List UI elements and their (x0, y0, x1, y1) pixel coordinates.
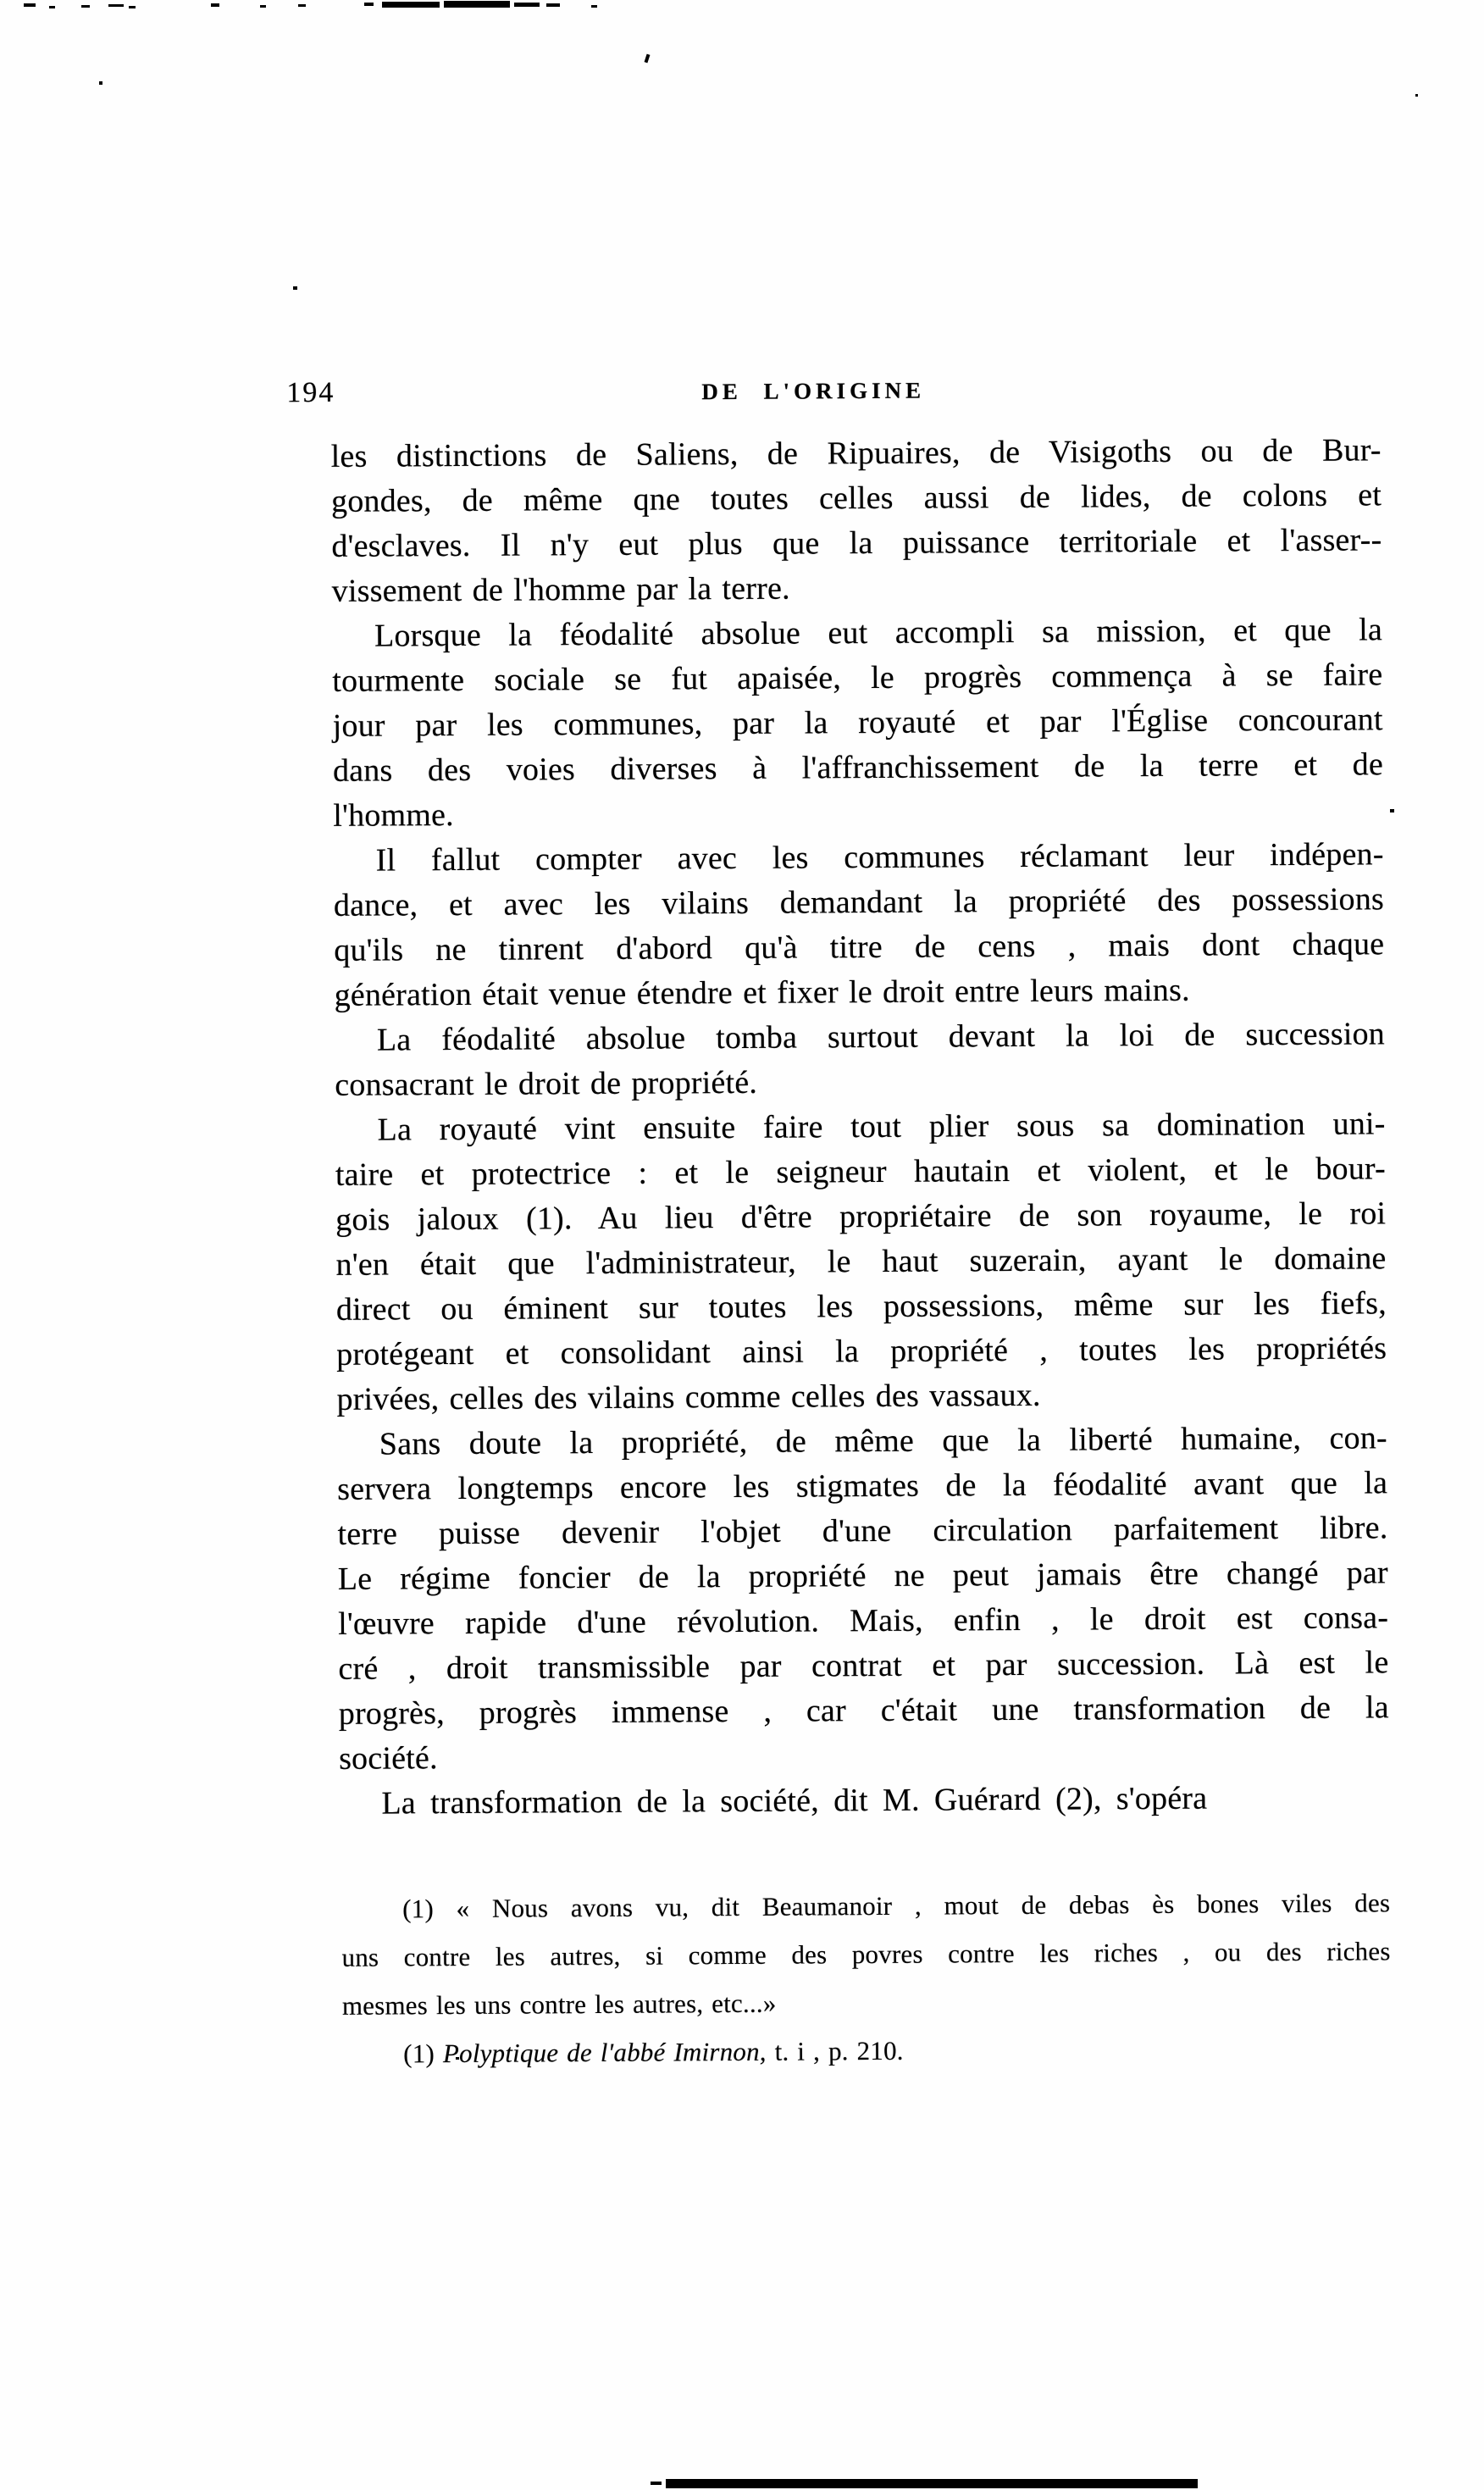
text-line: privées, celles des vilains comme celles… (336, 1371, 1387, 1422)
text-line: La transformation de la société, dit M. … (339, 1775, 1389, 1827)
scan-speck (1415, 94, 1418, 97)
footnote-line: (1) « Nous avons vu, dit Beaumanoir , mo… (341, 1878, 1390, 1933)
text-line: taire et protectrice : et le seigneur ha… (335, 1146, 1386, 1198)
footnote: (1) « Nous avons vu, dit Beaumanoir , mo… (341, 1878, 1391, 2030)
footnote-line: uns contre les autres, si comme des povr… (341, 1927, 1390, 1982)
running-header: DE L'ORIGINE (701, 378, 925, 406)
footnotes: (1) « Nous avons vu, dit Beaumanoir , mo… (341, 1878, 1391, 2078)
text-line: La royauté vint ensuite faire tout plier… (335, 1101, 1385, 1153)
text-line: Le régime foncier de la propriété ne peu… (338, 1550, 1388, 1602)
text-line: cré , droit transmissible par contrat et… (338, 1640, 1388, 1692)
paragraph: La royauté vint ensuite faire tout plier… (335, 1101, 1387, 1422)
scan-speck (591, 5, 597, 8)
paragraph: Sans doute la propriété, de même que la … (337, 1416, 1390, 1782)
text-line: gondes, de même qne toutes celles aussi … (331, 473, 1382, 524)
scan-speck (293, 286, 297, 290)
footnote-line: (1) Polyptique de l'abbé Imirnon, t. i ,… (342, 2023, 1391, 2078)
scan-speck (108, 4, 124, 7)
paragraph: Il fallut compter avec les communes récl… (333, 832, 1384, 1018)
paragraph: Lorsque la féodalité absolue eut accompl… (332, 607, 1384, 839)
scan-speck (24, 3, 36, 7)
scan-speck (81, 5, 90, 8)
scan-speck (382, 2, 440, 8)
text-line: dance, et avec les vilains demandant la … (334, 877, 1384, 929)
text-line: gois jaloux (1). Au lieu d'être propriét… (335, 1191, 1386, 1243)
paragraph: les distinctions de Saliens, de Ripuaire… (331, 428, 1382, 614)
footnote-title: Polyptique de l'abbé Imirnon, (435, 2037, 767, 2068)
scan-speck (514, 3, 540, 7)
scan-speck (456, 2057, 459, 2060)
text-line: La féodalité absolue tomba surtout devan… (335, 1012, 1385, 1063)
text-line: Il fallut compter avec les communes récl… (333, 832, 1383, 884)
scan-speck (444, 1, 510, 8)
scan-speck (129, 6, 136, 8)
scan-artifact-bar (666, 2479, 1198, 2488)
text-line: servera longtemps encore les stigmates d… (337, 1461, 1387, 1512)
scan-artifact-bar (651, 2482, 662, 2485)
scan-speck (364, 3, 374, 6)
text-line: vissement de l'homme par la terre. (332, 563, 1382, 614)
scan-speck (546, 3, 560, 7)
scan-speck (211, 3, 219, 7)
footnote-marker: (1) (403, 2038, 435, 2068)
text-line: terre puisse devenir l'objet d'une circu… (337, 1506, 1387, 1557)
scan-speck (1390, 809, 1394, 812)
text-line: consacrant le droit de propriété. (335, 1056, 1385, 1108)
scan-speck (49, 6, 55, 8)
footnote: (1) Polyptique de l'abbé Imirnon, t. i ,… (342, 2023, 1391, 2078)
scan-speck (260, 5, 266, 8)
scan-speck (99, 81, 102, 85)
text-line: tourmente sociale se fut apaisée, le pro… (332, 652, 1382, 704)
page-number: 194 (286, 377, 335, 409)
text-line: qu'ils ne tinrent d'abord qu'à titre de … (334, 922, 1384, 973)
text-line: jour par les communes, par la royauté et… (333, 697, 1383, 749)
text-line: protégeant et consolidant ainsi la propr… (336, 1326, 1387, 1378)
text-line: l'homme. (333, 787, 1383, 839)
text-line: progrès, progrès immense , car c'était u… (339, 1685, 1389, 1737)
paragraph: La féodalité absolue tomba surtout devan… (335, 1012, 1386, 1108)
text-line: dans des voies diverses à l'affranchisse… (333, 742, 1383, 794)
text-line: Sans doute la propriété, de même que la … (337, 1416, 1387, 1467)
body-text: les distinctions de Saliens, de Ripuaire… (331, 428, 1390, 1827)
page-content: 194 DE L'ORIGINE les distinctions de Sal… (0, 0, 1484, 2490)
text-line: société. (339, 1730, 1389, 1782)
text-line: Lorsque la féodalité absolue eut accompl… (332, 607, 1382, 659)
scanned-page: 194 DE L'ORIGINE les distinctions de Sal… (0, 0, 1484, 2490)
paragraph: La transformation de la société, dit M. … (339, 1775, 1389, 1827)
footnote-reference: t. i , p. 210. (767, 2036, 904, 2066)
text-line: l'œuvre rapide d'une révolution. Mais, e… (338, 1595, 1388, 1647)
text-line: n'en était que l'administrateur, le haut… (335, 1236, 1386, 1288)
text-line: les distinctions de Saliens, de Ripuaire… (331, 428, 1382, 480)
text-line: d'esclaves. Il n'y eut plus que la puiss… (331, 518, 1382, 569)
footnote-line: mesmes les uns contre les autres, etc...… (342, 1975, 1391, 2030)
text-line: direct ou éminent sur toutes les possess… (336, 1281, 1387, 1333)
text-line: génération était venue étendre et fixer … (334, 967, 1384, 1018)
scan-speck (298, 4, 306, 7)
